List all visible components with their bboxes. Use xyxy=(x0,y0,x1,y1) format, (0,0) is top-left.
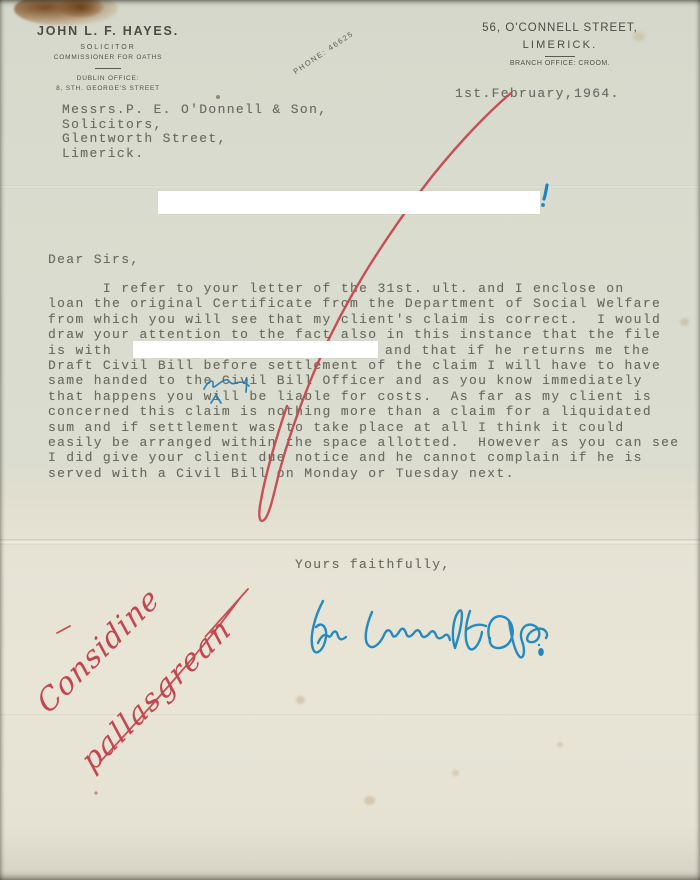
foxing-spot xyxy=(452,770,459,776)
letterhead-title: SOLICITOR xyxy=(18,44,198,51)
body-line: that happens you will be liable for cost… xyxy=(48,389,652,404)
red-speck xyxy=(94,791,97,794)
body-line-redacted-before: is with xyxy=(48,343,112,358)
letterhead-street: 56, O'CONNELL STREET, xyxy=(440,22,680,34)
letterhead-divider-right xyxy=(545,56,575,57)
body-line: easily be arranged within the space allo… xyxy=(48,435,679,450)
body-line: loan the original Certificate from the D… xyxy=(48,296,661,311)
recipient-line: Solicitors, xyxy=(62,117,163,132)
recipient-line: Limerick. xyxy=(62,146,144,161)
rust-stain-blob xyxy=(58,0,104,18)
letterhead-office-address: 8, STH. GEORGE'S STREET xyxy=(18,85,198,92)
body-line: same handed to the Civil Bill Officer an… xyxy=(48,373,643,388)
rust-stain xyxy=(14,0,118,26)
letter-date: 1st.February,1964. xyxy=(455,86,620,101)
recipient-line: Glentworth Street, xyxy=(62,131,227,146)
letterhead-divider xyxy=(95,68,121,69)
scanned-letter-page: JOHN L. F. HAYES. SOLICITOR COMMISSIONER… xyxy=(0,0,700,880)
ink-speck xyxy=(216,95,220,99)
redaction-box-top xyxy=(158,191,540,214)
redaction-box-body xyxy=(133,341,378,358)
body-line-redacted-after: and that if he returns me the xyxy=(385,343,650,358)
body-line: I refer to your letter of the 31st. ult.… xyxy=(48,281,625,296)
body-line: from which you will see that my client's… xyxy=(48,312,661,327)
body-line: draw your attention to the fact also in … xyxy=(48,327,661,342)
body-line: served with a Civil Bill on Monday or Tu… xyxy=(48,466,515,481)
letterhead-subtitle: COMMISSIONER FOR OATHS xyxy=(18,54,198,61)
fold-crease-top xyxy=(0,185,700,189)
letterhead-name: JOHN L. F. HAYES. xyxy=(18,24,198,38)
red-dash xyxy=(57,626,70,633)
phone-stamp: PHONE: 46625 xyxy=(292,29,356,76)
letterhead-city: LIMERICK. xyxy=(440,39,680,51)
recipient-line: Messrs.P. E. O'Donnell & Son, xyxy=(62,102,327,117)
fold-crease-lower xyxy=(0,714,700,717)
signature-ink xyxy=(312,601,547,657)
closing: Yours faithfully, xyxy=(295,557,451,572)
body-line: sum and if settlement was to take place … xyxy=(48,420,625,435)
letterhead-right-block: 56, O'CONNELL STREET, LIMERICK. BRANCH O… xyxy=(440,22,680,67)
blue-exclamation-mark xyxy=(541,185,547,207)
fold-crease-middle xyxy=(0,539,700,545)
letterhead-left-block: JOHN L. F. HAYES. SOLICITOR COMMISSIONER… xyxy=(18,24,198,92)
letterhead-branch-office: BRANCH OFFICE: CROOM. xyxy=(440,60,680,67)
foxing-spot xyxy=(296,696,305,704)
body-line: I did give your client due notice and he… xyxy=(48,450,643,465)
foxing-spot xyxy=(680,318,689,326)
body-line: Draft Civil Bill before settlement of th… xyxy=(48,358,661,373)
blue-ink-dot xyxy=(538,644,544,656)
foxing-spot xyxy=(364,796,375,805)
foxing-spot xyxy=(557,742,563,747)
letterhead-office-label: DUBLIN OFFICE: xyxy=(18,75,198,82)
body-line: concerned this claim is nothing more tha… xyxy=(48,404,652,419)
salutation: Dear Sirs, xyxy=(48,252,140,267)
